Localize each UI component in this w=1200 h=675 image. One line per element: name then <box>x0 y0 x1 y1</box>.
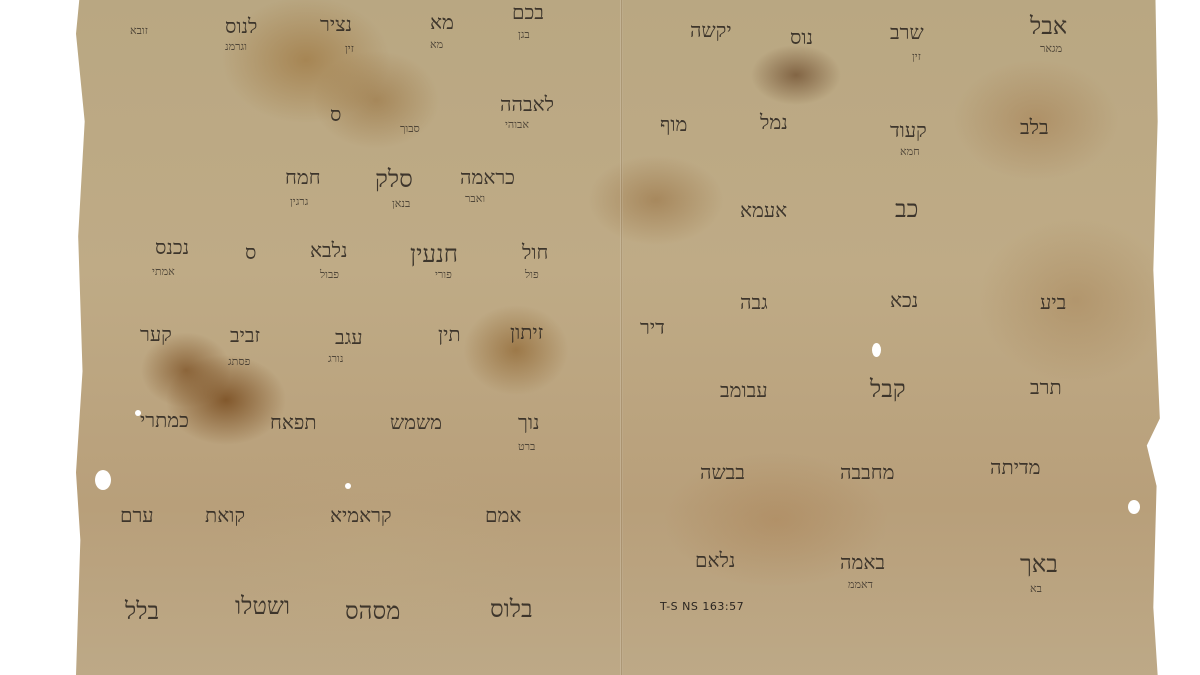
handwritten-word: נלבא <box>310 238 348 263</box>
handwritten-word: עבומב <box>720 378 768 403</box>
handwritten-word: מגאר <box>1040 42 1062 55</box>
handwritten-word: יקשה <box>690 18 732 43</box>
handwritten-word: סלק <box>375 165 413 194</box>
handwritten-word: ואבר <box>465 192 485 205</box>
handwritten-word: קואת <box>205 503 245 528</box>
handwritten-word: וגרמנ <box>225 40 247 53</box>
handwritten-word: מא <box>430 10 454 35</box>
handwritten-word: נלאם <box>695 548 735 573</box>
handwritten-word: בנאן <box>392 197 410 210</box>
handwritten-word: אעמא <box>740 198 787 223</box>
handwritten-word: קעוד <box>890 118 927 143</box>
handwritten-word: מא <box>430 38 443 51</box>
handwritten-word: נוך <box>518 410 539 435</box>
handwritten-word: ביע <box>1040 290 1066 315</box>
handwritten-word: לאבהה <box>500 92 554 117</box>
handwritten-word: בא <box>1030 582 1042 595</box>
hole-1 <box>872 343 881 357</box>
handwritten-word: פסתג <box>228 355 250 368</box>
handwritten-word: ושטלו <box>235 592 290 621</box>
handwritten-word: בגן <box>518 28 530 41</box>
handwritten-word: נכנס <box>155 235 189 260</box>
handwritten-word: זין <box>345 42 354 55</box>
handwritten-word: גרגין <box>290 195 308 208</box>
handwritten-word: דאממ <box>848 578 873 591</box>
handwritten-word: חנעין <box>410 240 458 269</box>
handwritten-word: זין <box>912 50 921 63</box>
handwritten-word: משמש <box>390 410 442 435</box>
handwritten-word: שרב <box>890 20 924 45</box>
handwritten-word: נציר <box>320 12 352 37</box>
handwritten-word: קבל <box>870 375 906 404</box>
handwritten-word: סבוך <box>400 122 420 135</box>
handwritten-word: נוס <box>790 25 813 50</box>
handwritten-word: קער <box>140 322 172 347</box>
handwritten-word: מוף <box>660 112 687 137</box>
hole-4 <box>345 483 351 489</box>
handwritten-word: נורג <box>328 352 343 365</box>
handwritten-word: בכם <box>512 0 544 25</box>
handwritten-word: כראמה <box>460 165 515 190</box>
handwritten-word: מסהס <box>345 597 400 626</box>
handwritten-word: אבל <box>1030 12 1067 41</box>
handwritten-word: בבשה <box>700 460 745 485</box>
handwritten-word: חול <box>522 240 548 265</box>
handwritten-word: בלל <box>125 597 159 626</box>
handwritten-word: ברט <box>518 440 535 453</box>
hole-2 <box>95 470 111 490</box>
handwritten-word: פבול <box>320 268 339 281</box>
hole-5 <box>1128 500 1140 514</box>
handwritten-word: אמתי <box>152 265 175 278</box>
handwritten-word: פורי <box>435 268 452 281</box>
handwritten-word: חמח <box>285 165 321 190</box>
handwritten-word: באך <box>1020 550 1058 579</box>
handwritten-word: תרב <box>1030 375 1062 400</box>
handwritten-word: ס <box>330 102 341 127</box>
handwritten-word: קראמיא <box>330 503 392 528</box>
handwritten-word: גבה <box>740 290 768 315</box>
handwritten-word: בלב <box>1020 115 1049 140</box>
handwritten-word: תפאח <box>270 410 317 435</box>
handwritten-word: אמם <box>485 503 521 528</box>
handwritten-word: מדיתה <box>990 455 1040 480</box>
handwritten-word: נכא <box>890 288 918 313</box>
handwritten-word: דיר <box>640 315 665 340</box>
handwritten-word: אבוהי <box>505 118 529 131</box>
handwritten-word: פול <box>525 268 539 281</box>
handwritten-word: כמתרי <box>140 408 189 433</box>
handwritten-word: ס <box>245 240 256 265</box>
handwritten-word: בלוס <box>490 595 533 624</box>
handwritten-word: תין <box>438 322 461 347</box>
handwritten-word: חמא <box>900 145 920 158</box>
handwritten-word: באמה <box>840 550 885 575</box>
handwritten-word: עגב <box>335 325 363 350</box>
fold-line <box>620 0 623 675</box>
shelfmark-label: T-S NS 163:57 <box>660 600 744 613</box>
handwritten-word: זיתון <box>510 320 543 345</box>
handwritten-word: כב <box>895 195 918 224</box>
handwritten-word: זובא <box>130 24 148 37</box>
handwritten-word: מחבבה <box>840 460 894 485</box>
handwritten-word: נמל <box>760 110 788 135</box>
handwritten-word: לנוס <box>225 14 257 39</box>
handwritten-word: זביב <box>230 323 260 348</box>
handwritten-word: ערם <box>120 503 154 528</box>
